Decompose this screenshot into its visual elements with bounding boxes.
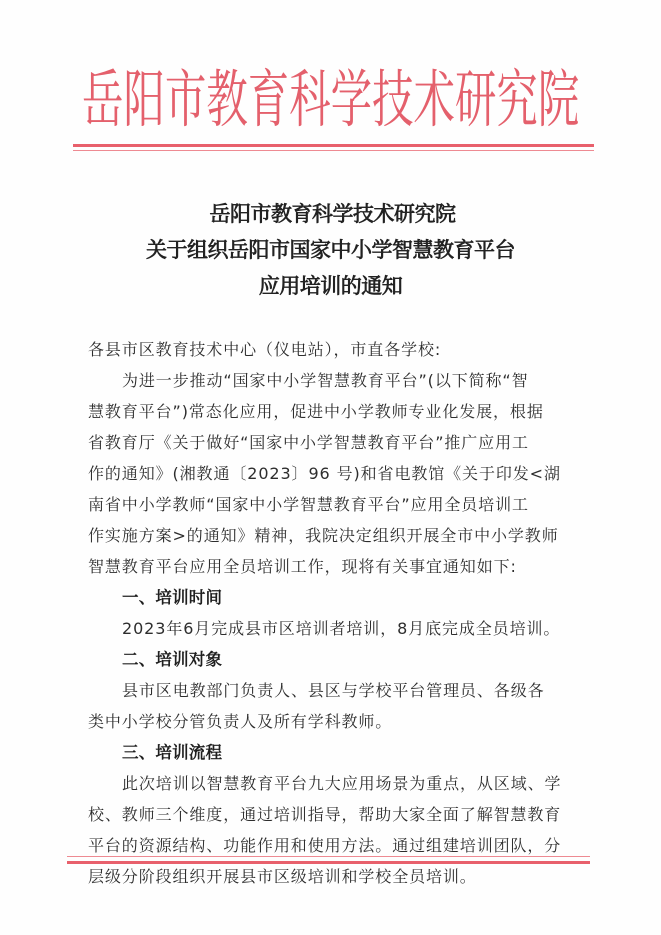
intro-line: 智慧教育平台应用全员培训工作，现将有关事宜通知如下: <box>88 551 582 582</box>
title-line-1: 岳阳市教育科学技术研究院 <box>4 196 661 232</box>
intro-line: 南省中小学教师“国家中小学智慧教育平台”应用全员培训工 <box>88 489 582 520</box>
document-title: 岳阳市教育科学技术研究院 关于组织岳阳市国家中小学智慧教育平台 应用培训的通知 <box>0 196 661 304</box>
title-line-2: 关于组织岳阳市国家中小学智慧教育平台 <box>0 232 661 268</box>
section-line: 2023年6月完成县市区培训者培训，8月底完成全员培训。 <box>88 613 582 644</box>
intro-line: 省教育厅《关于做好“国家中小学智慧教育平台”推广应用工 <box>88 427 582 458</box>
section-line: 类中小学校分管负责人及所有学科教师。 <box>88 706 582 737</box>
letterhead-rule-thick <box>73 144 594 147</box>
section-line: 此次培训以智慧教育平台九大应用场景为重点，从区域、学 <box>88 768 582 799</box>
section-line: 层级分阶段组织开展县市区级培训和学校全员培训。 <box>88 861 582 892</box>
footer-rule-thin <box>67 856 590 857</box>
intro-line: 作实施方案>的通知》精神，我院决定组织开展全市中小学教师 <box>88 520 582 551</box>
footer-rule-thick <box>67 861 590 864</box>
section-heading-training-audience: 二、培训对象 <box>88 644 582 675</box>
section-heading-training-time: 一、培训时间 <box>88 582 582 613</box>
intro-line: 为进一步推动“国家中小学智慧教育平台”(以下简称“智 <box>88 365 582 396</box>
title-line-3: 应用培训的通知 <box>0 268 661 304</box>
section-heading-training-process: 三、培训流程 <box>88 737 582 768</box>
document-page: 岳阳市教育科学技术研究院 岳阳市教育科学技术研究院 关于组织岳阳市国家中小学智慧… <box>0 0 661 935</box>
section-line: 校、教师三个维度，通过培训指导，帮助大家全面了解智慧教育 <box>88 799 582 830</box>
salutation: 各县市区教育技术中心（仪电站），市直各学校: <box>88 334 582 365</box>
letterhead-rule-thin <box>73 150 594 151</box>
letterhead: 岳阳市教育科学技术研究院 <box>82 62 582 140</box>
intro-line: 作的通知》(湘教通〔2023〕96 号)和省电教馆《关于印发<湖 <box>88 458 582 489</box>
intro-line: 慧教育平台”)常态化应用，促进中小学教师专业化发展，根据 <box>88 396 582 427</box>
section-line: 县市区电教部门负责人、县区与学校平台管理员、各级各 <box>88 675 582 706</box>
letterhead-org-name: 岳阳市教育科学技术研究院 <box>82 57 579 144</box>
document-body: 各县市区教育技术中心（仪电站），市直各学校: 为进一步推动“国家中小学智慧教育平… <box>88 334 582 892</box>
